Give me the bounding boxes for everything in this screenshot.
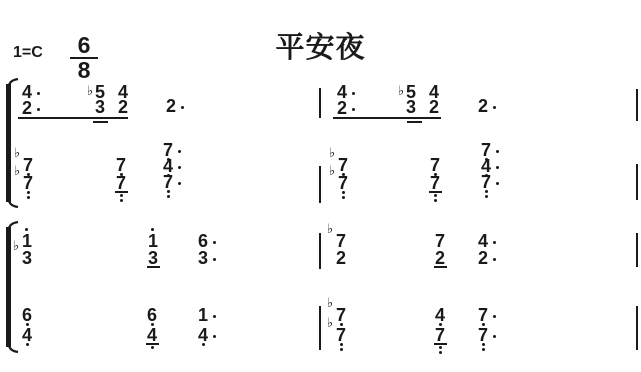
duration-dot	[493, 335, 496, 338]
eighth-underline	[434, 266, 447, 268]
octave-dot-below	[342, 196, 345, 199]
note: 7♭	[336, 308, 347, 322]
octave-dot-below	[439, 346, 442, 349]
note: 7	[163, 143, 174, 157]
eighth-underline	[146, 343, 159, 345]
eighth-underline	[434, 343, 447, 345]
note-digit: 7	[23, 176, 34, 190]
note: 7♭	[23, 158, 34, 172]
flat-sign: ♭	[14, 165, 20, 177]
note-digit: 2	[478, 99, 489, 113]
note-digit: 3	[406, 100, 417, 114]
flat-sign: ♭	[327, 317, 333, 329]
duration-dot	[496, 182, 499, 185]
note-digit: 3	[22, 251, 33, 265]
octave-dot-below	[27, 191, 30, 194]
note-digit: 4	[147, 328, 158, 342]
note: 2	[429, 100, 440, 114]
note-digit: 4	[478, 234, 489, 248]
note: 7	[430, 176, 441, 190]
octave-dot-below	[439, 351, 442, 354]
octave-dot-below	[202, 343, 205, 346]
barline	[319, 306, 321, 350]
octave-dot-below	[434, 194, 437, 197]
note-digit: 2	[429, 100, 440, 114]
note: 4	[22, 328, 33, 342]
duration-dot	[178, 166, 181, 169]
octave-dot-below	[340, 348, 343, 351]
flat-sign: ♭	[329, 147, 335, 159]
note: 7	[481, 175, 492, 189]
octave-dot-below	[27, 196, 30, 199]
note-digit: 7	[435, 234, 446, 248]
note: 7	[481, 143, 492, 157]
note-digit: 1	[148, 234, 159, 248]
octave-dot-below	[167, 195, 170, 198]
octave-dot-below	[482, 343, 485, 346]
note-digit: 7	[478, 308, 489, 322]
note-digit: 7	[338, 158, 349, 172]
note: 3	[148, 251, 159, 265]
note-digit: 7	[336, 328, 347, 342]
note: 4	[163, 159, 174, 173]
note-digit: 4	[435, 308, 446, 322]
note: 7	[435, 328, 446, 342]
note-digit: 6	[22, 308, 33, 322]
score-page: 平安夜 1=C 6 8 425♭3422425♭34227♭7♭777477♭7…	[0, 0, 641, 372]
note-digit: 7	[163, 175, 174, 189]
note-digit: 2	[478, 251, 489, 265]
note: 1	[148, 234, 159, 248]
flat-sign: ♭	[87, 85, 93, 97]
note: 2	[118, 100, 129, 114]
note: 2	[166, 99, 177, 113]
note-digit: 2	[435, 251, 446, 265]
note-digit: 2	[337, 101, 348, 115]
note: 2	[22, 101, 33, 115]
note-digit: 4	[481, 159, 492, 173]
duration-dot	[181, 106, 184, 109]
octave-dot-below	[485, 195, 488, 198]
note-digit: 4	[22, 328, 33, 342]
time-signature: 6 8	[70, 35, 98, 81]
note-digit: 7	[430, 158, 441, 172]
note: 6	[198, 234, 209, 248]
note-digit: 3	[95, 100, 106, 114]
flat-sign: ♭	[398, 85, 404, 97]
note-digit: 4	[163, 159, 174, 173]
note: 7♭	[338, 176, 349, 190]
time-signature-denominator: 8	[70, 60, 98, 81]
note-digit: 2	[336, 251, 347, 265]
note: 7♭	[336, 328, 347, 342]
note-digit: 7	[478, 328, 489, 342]
note-digit: 7	[336, 234, 347, 248]
duration-dot	[352, 92, 355, 95]
note-digit: 7	[163, 143, 174, 157]
note-digit: 7	[481, 175, 492, 189]
barline	[636, 164, 638, 200]
flat-sign: ♭	[13, 240, 19, 252]
octave-dot-below	[434, 199, 437, 202]
note: 1	[22, 234, 33, 248]
octave-dot-below	[167, 190, 170, 193]
octave-dot-above	[25, 228, 28, 231]
note-digit: 7	[23, 158, 34, 172]
note-digit: 4	[22, 85, 33, 99]
note: 4	[147, 328, 158, 342]
note: 3	[198, 251, 209, 265]
note: 2	[478, 251, 489, 265]
flat-sign: ♭	[327, 223, 333, 235]
note: 4	[481, 159, 492, 173]
eighth-underline	[147, 266, 160, 268]
flat-sign: ♭	[327, 297, 333, 309]
note-digit: 2	[22, 101, 33, 115]
duration-dot	[213, 241, 216, 244]
octave-dot-below	[340, 343, 343, 346]
note: 4	[337, 85, 348, 99]
octave-dot-below	[120, 194, 123, 197]
octave-dot-below	[342, 191, 345, 194]
note-digit: 1	[198, 308, 209, 322]
duration-dot	[178, 182, 181, 185]
note-digit: 6	[147, 308, 158, 322]
note-digit: 3	[148, 251, 159, 265]
duration-dot	[37, 92, 40, 95]
note: 7	[478, 328, 489, 342]
note-digit: 7	[338, 176, 349, 190]
barline	[319, 166, 321, 203]
note-digit: 7	[336, 308, 347, 322]
note: 2	[435, 251, 446, 265]
beam-underline	[407, 121, 422, 123]
flat-sign: ♭	[329, 165, 335, 177]
note-digit: 4	[198, 328, 209, 342]
note: 6	[22, 308, 33, 322]
duration-dot	[37, 108, 40, 111]
octave-dot-below	[151, 346, 154, 349]
octave-dot-below	[26, 343, 29, 346]
barline	[319, 233, 321, 269]
duration-dot	[493, 315, 496, 318]
note: 7♭	[336, 234, 347, 248]
duration-dot	[493, 258, 496, 261]
duration-dot	[493, 241, 496, 244]
eighth-underline	[429, 191, 442, 193]
note-digit: 4	[337, 85, 348, 99]
duration-dot	[213, 335, 216, 338]
note-digit: 7	[116, 176, 127, 190]
key-signature: 1=C	[13, 45, 43, 61]
note: 7	[116, 176, 127, 190]
octave-dot-below	[485, 190, 488, 193]
duration-dot	[493, 106, 496, 109]
duration-dot	[496, 150, 499, 153]
note: 2	[337, 101, 348, 115]
note: 4	[478, 234, 489, 248]
note-digit: 1	[22, 234, 33, 248]
note-digit: 7	[435, 328, 446, 342]
duration-dot	[496, 166, 499, 169]
note: 6	[147, 308, 158, 322]
octave-dot-above	[151, 228, 154, 231]
note: 7♭	[338, 158, 349, 172]
beam-underline	[333, 117, 441, 119]
note-digit: 2	[118, 100, 129, 114]
note: 3♭	[22, 251, 33, 265]
note-digit: 7	[116, 158, 127, 172]
barline	[636, 233, 638, 267]
note: 7♭	[23, 176, 34, 190]
flat-sign: ♭	[14, 147, 20, 159]
note: 3	[406, 100, 417, 114]
barline	[319, 88, 321, 118]
note: 7	[435, 234, 446, 248]
note-digit: 2	[166, 99, 177, 113]
time-signature-numerator: 6	[70, 35, 98, 56]
barline	[636, 306, 638, 350]
note-digit: 7	[430, 176, 441, 190]
note: 3	[95, 100, 106, 114]
note: 7	[163, 175, 174, 189]
note: 4	[435, 308, 446, 322]
note: 4	[198, 328, 209, 342]
beam-underline	[93, 121, 108, 123]
note: 1	[198, 308, 209, 322]
beam-underline	[18, 117, 128, 119]
note: 2	[478, 99, 489, 113]
note: 7	[116, 158, 127, 172]
note-digit: 3	[198, 251, 209, 265]
octave-dot-below	[482, 348, 485, 351]
note-digit: 6	[198, 234, 209, 248]
note: 2	[336, 251, 347, 265]
duration-dot	[352, 108, 355, 111]
octave-dot-below	[120, 199, 123, 202]
barline	[636, 89, 638, 121]
duration-dot	[213, 258, 216, 261]
duration-dot	[178, 150, 181, 153]
eighth-underline	[115, 191, 128, 193]
note-digit: 7	[481, 143, 492, 157]
duration-dot	[213, 315, 216, 318]
note: 4	[22, 85, 33, 99]
note: 7	[478, 308, 489, 322]
note: 7	[430, 158, 441, 172]
